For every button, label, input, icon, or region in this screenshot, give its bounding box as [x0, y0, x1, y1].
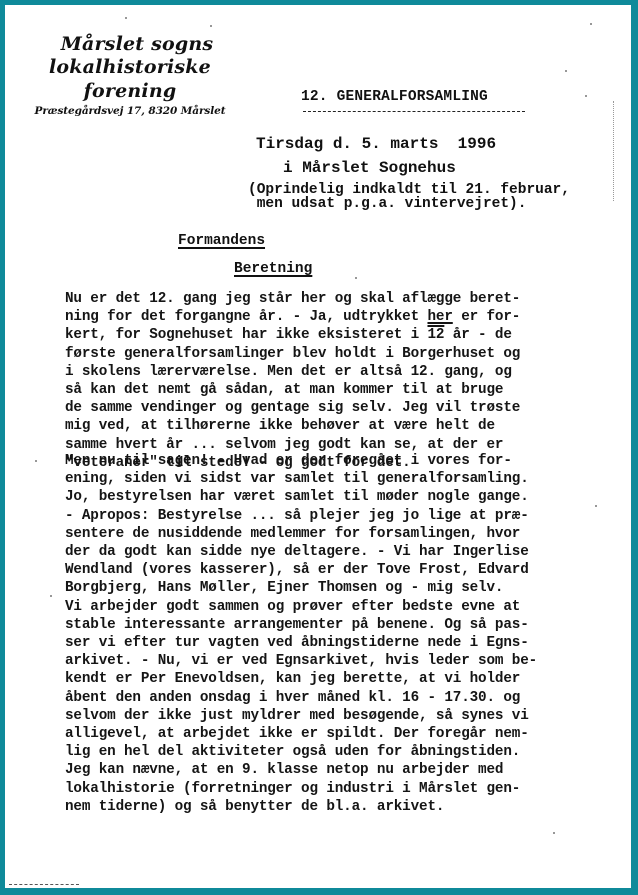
text-line: kendt er Per Enevoldsen, kan jeg berette…: [65, 671, 520, 687]
text-line: Men nu til sagen! - Hvad er der foregået…: [65, 453, 512, 469]
scan-speck: [35, 460, 37, 462]
text-line: ser vi efter tur vagten ved åbningstider…: [65, 635, 529, 651]
scan-speck: [355, 277, 357, 279]
meeting-note-line2: men udsat p.g.a. vintervejret).: [248, 196, 526, 212]
text-line: år - de: [444, 327, 511, 343]
text-line: - Apropos: Bestyrelse ... så plejer jeg …: [65, 508, 529, 524]
text-line: åbent den anden onsdag i hver måned kl. …: [65, 690, 520, 706]
society-address: Præstegårdsvej 17, 8320 Mårslet: [5, 104, 255, 118]
text-line: de samme vendinger og gentage sig selv. …: [65, 400, 520, 416]
scan-speck: [565, 70, 567, 72]
report-paragraph-2: Men nu til sagen! - Hvad er der foregået…: [65, 452, 625, 816]
scan-artifact-edge: [613, 101, 614, 201]
text-line: nem tiderne) og så benytter de bl.a. ark…: [65, 799, 444, 815]
scan-speck: [125, 17, 127, 19]
report-heading-line2: Beretning: [234, 261, 312, 277]
scan-speck: [210, 25, 212, 27]
meeting-date: Tirsdag d. 5. marts 1996: [256, 135, 496, 153]
scan-speck: [50, 595, 52, 597]
text-line: sentere de nusiddende medlemmer for fors…: [65, 526, 520, 542]
report-heading-line1: Formandens: [178, 233, 265, 249]
scan-speck: [590, 23, 592, 25]
meeting-note: (Oprindelig indkaldt til 21. februar, me…: [248, 183, 570, 211]
text-line: Borgbjerg, Hans Møller, Ejner Thomsen og…: [65, 580, 503, 596]
text-line: selvom der ikke just myldrer med besøgen…: [65, 708, 529, 724]
title-divider: [303, 111, 525, 112]
text-line: kert, for Sognehuset har ikke eksisteret…: [65, 327, 427, 343]
society-name-line2: lokalhistoriske forening: [5, 55, 255, 103]
report-paragraph-1: Nu er det 12. gang jeg står her og skal …: [65, 290, 625, 472]
text-line: i skolens lærerværelse. Men det er altså…: [65, 364, 512, 380]
text-line: Wendland (vores kasserer), så er der Tov…: [65, 562, 529, 578]
scan-speck: [595, 505, 597, 507]
society-name-line1: Mårslet sogns: [19, 33, 255, 55]
text-line: er for-: [453, 309, 520, 325]
text-line: ning for det forgangne år. - Ja, udtrykk…: [65, 309, 427, 325]
overlined-number: 12: [427, 327, 444, 343]
text-line: lig en hel del aktiviteter også uden for…: [65, 744, 520, 760]
text-line: ening, siden vi sidst var samlet til gen…: [65, 471, 529, 487]
scan-artifact-footer: [9, 884, 79, 885]
text-line: lokalhistorie (forretninger og industri …: [65, 781, 520, 797]
text-line: så kan det nemt gå sådan, at man kommer …: [65, 382, 503, 398]
meeting-title: 12. GENERALFORSAMLING: [301, 89, 488, 105]
text-line: Jeg kan nævne, at en 9. klasse netop nu …: [65, 762, 503, 778]
text-line: samme hvert år ... selvom jeg godt kan s…: [65, 437, 503, 453]
text-line: der da godt kan sidde nye deltagere. - V…: [65, 544, 529, 560]
text-line: første generalforsamlinger blev holdt i …: [65, 346, 520, 362]
scan-speck: [553, 832, 555, 834]
meeting-place: i Mårslet Sognehus: [283, 159, 456, 177]
text-line: arkivet. - Nu, vi er ved Egnsarkivet, hv…: [65, 653, 537, 669]
document-page: Mårslet sogns lokalhistoriske forening P…: [5, 5, 631, 888]
text-line: Nu er det 12. gang jeg står her og skal …: [65, 291, 520, 307]
text-line: stable interessante arrangementer på ben…: [65, 617, 529, 633]
text-line: mig ved, at tilhørerne ikke behøver at v…: [65, 418, 495, 434]
text-line: Jo, bestyrelsen har været samlet til mød…: [65, 489, 529, 505]
letterhead: Mårslet sogns lokalhistoriske forening P…: [5, 33, 255, 118]
scan-speck: [585, 95, 587, 97]
text-line: Vi arbejder godt sammen og prøver efter …: [65, 599, 520, 615]
underlined-word: her: [427, 309, 452, 325]
text-line: alligevel, at arbejdet ikke er spildt. D…: [65, 726, 529, 742]
